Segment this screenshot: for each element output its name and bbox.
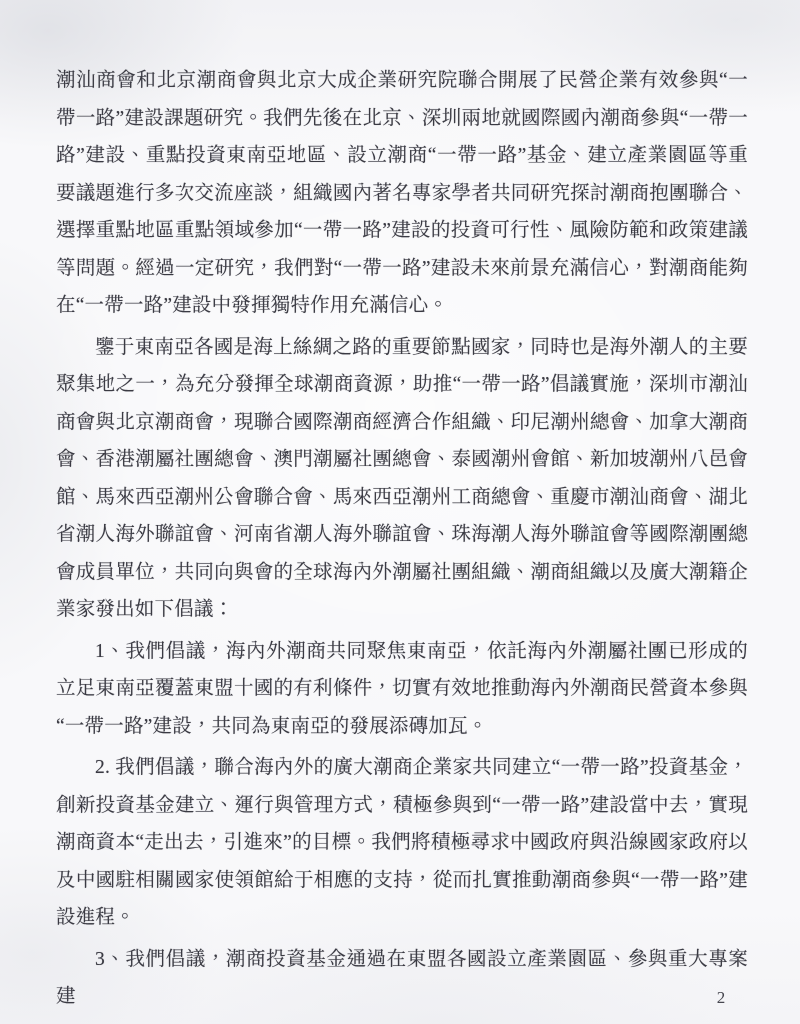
body-paragraph-proposal-3: 3、我們倡議，潮商投資基金通過在東盟各國設立產業園區、參與重大專案建 — [56, 941, 748, 1016]
body-paragraph-proposal-2: 2. 我們倡議，聯合海內外的廣大潮商企業家共同建立“一帶一路”投資基金，創新投資… — [56, 749, 748, 937]
document-page: 潮汕商會和北京潮商會與北京大成企業研究院聯合開展了民營企業有效參與“一帶一路”建… — [0, 0, 800, 1024]
page-number: 2 — [706, 988, 736, 1008]
body-paragraph-proposal-1: 1、我們倡議，海內外潮商共同聚焦東南亞，依託海內外潮屬社團已形成的立足東南亞覆蓋… — [56, 633, 748, 746]
body-paragraph-research-summary: 潮汕商會和北京潮商會與北京大成企業研究院聯合開展了民營企業有效參與“一帶一路”建… — [56, 62, 748, 325]
body-paragraph-joint-organizations: 鑒于東南亞各國是海上絲綢之路的重要節點國家，同時也是海外潮人的主要聚集地之一，為… — [56, 329, 748, 629]
document-body: 潮汕商會和北京潮商會與北京大成企業研究院聯合開展了民營企業有效參與“一帶一路”建… — [56, 62, 748, 1020]
